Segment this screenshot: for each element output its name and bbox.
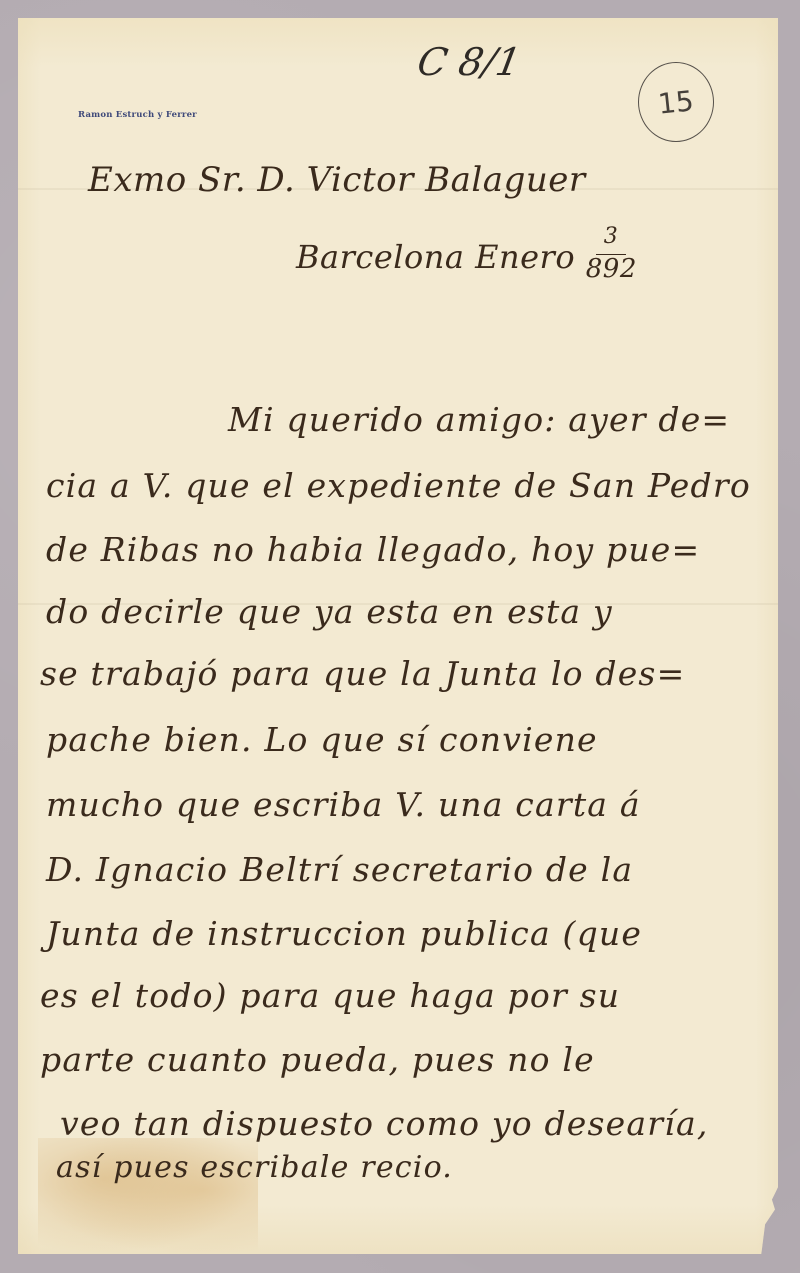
body-line: veo tan dispuesto como yo desearía, [60, 1104, 709, 1143]
body-line: D. Ignacio Beltrí secretario de la [46, 850, 633, 889]
body-line: pache bien. Lo que sí conviene [46, 720, 598, 759]
body-line: Junta de instruccion publica (que [46, 914, 642, 953]
body-line: mucho que escriba V. una carta á [46, 785, 641, 824]
body-line: de Ribas no habia llegado, hoy pue= [46, 530, 700, 569]
closing-line: así pues escribale recio. [56, 1150, 453, 1185]
archive-mark: C 8/1 [414, 40, 524, 84]
body-line: do decirle que ya esta en esta y [46, 592, 613, 631]
body-line: cia a V. que el expediente de San Pedro [46, 466, 751, 505]
body-line: Mi querido amigo: ayer de= [228, 400, 730, 439]
date-day: 3 [604, 224, 619, 249]
date-month: Enero [475, 238, 575, 276]
letterhead-stamp: Ramon Estruch y Ferrer [78, 110, 197, 120]
place-date-line: Barcelona Enero 3 892 [296, 238, 638, 280]
date-place: Barcelona [296, 238, 464, 276]
body-line: se trabajó para que la Junta lo des= [40, 654, 685, 693]
folio-number: 15 [657, 84, 696, 121]
addressee-line: Exmo Sr. D. Victor Balaguer [88, 160, 586, 200]
date-year: 892 [586, 254, 637, 284]
folio-circle: 15 [638, 62, 714, 142]
body-line: es el todo) para que haga por su [40, 976, 620, 1015]
body-line: parte cuanto pueda, pues no le [40, 1040, 595, 1079]
date-fraction: 3 892 [586, 240, 638, 280]
